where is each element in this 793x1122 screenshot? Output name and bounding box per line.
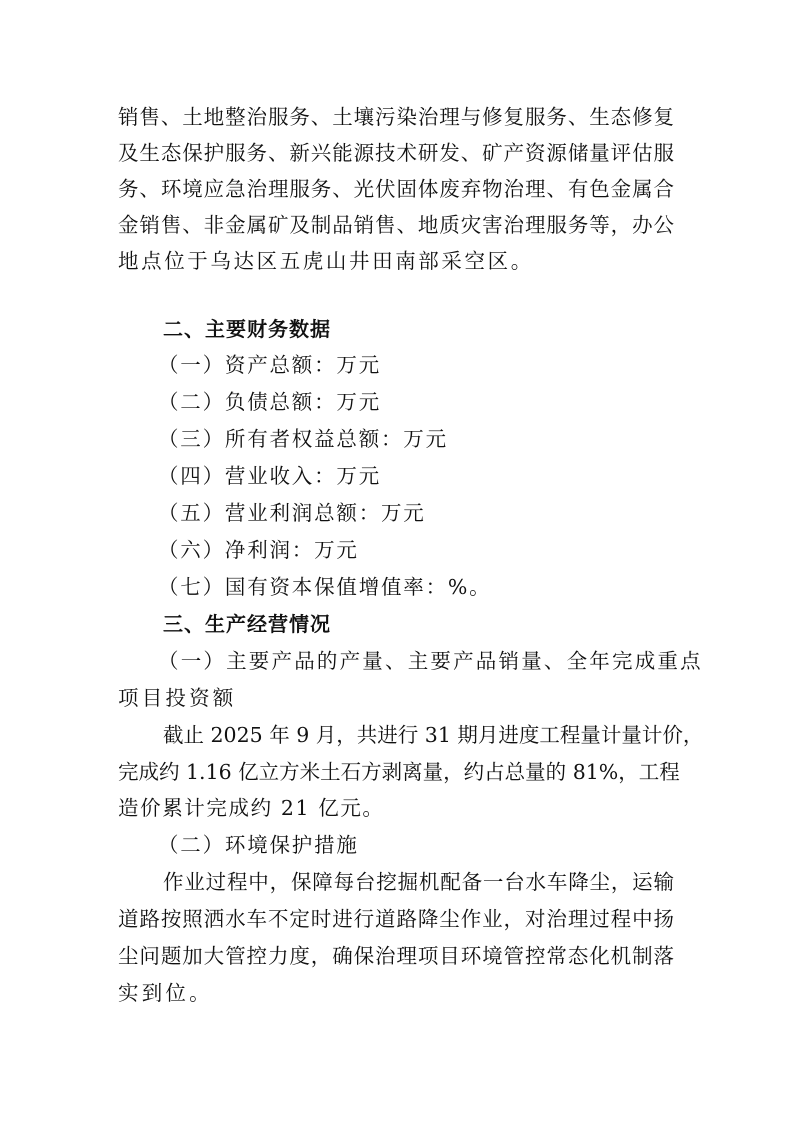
body-text-line: 完成约 1.16 亿立方米土石方剥离量，约占总量的 81%，工程	[118, 754, 674, 790]
financial-item: （一）资产总额：万元	[158, 347, 714, 383]
body-text-line: 尘问题加大管控力度，确保治理项目环境管控常态化机制落	[118, 938, 674, 974]
body-text-line: 作业过程中，保障每台挖掘机配备一台水车降尘，运输	[163, 864, 674, 900]
subsection-heading: 项目投资额	[118, 680, 674, 716]
body-text-line: 截止 2025 年 9 月，共进行 31 期月进度工程量计量计价，	[163, 717, 674, 753]
subsection-heading: （二）环境保护措施	[158, 827, 714, 863]
document-page: 销售、土地整治服务、土壤污染治理与修复服务、生态修复 及生态保护服务、新兴能源技…	[0, 0, 793, 1122]
body-text-line: 道路按照洒水车不定时进行道路降尘作业，对治理过程中扬	[118, 901, 674, 937]
body-text-line: 金销售、非金属矿及制品销售、地质灾害治理服务等，办公	[118, 207, 674, 243]
financial-item: （五）营业利润总额：万元	[158, 495, 714, 531]
body-text-line: 务、环境应急治理服务、光伏固体废弃物治理、有色金属合	[118, 171, 674, 207]
body-text-line: 地点位于乌达区五虎山井田南部采空区。	[118, 243, 674, 279]
financial-item: （三）所有者权益总额：万元	[158, 421, 714, 457]
section-heading: 二、主要财务数据	[163, 311, 719, 347]
body-text-line: 实到位。	[118, 975, 674, 1011]
body-text-line: 及生态保护服务、新兴能源技术研发、矿产资源储量评估服	[118, 135, 674, 171]
body-text-line: 造价累计完成约 21 亿元。	[118, 790, 674, 826]
body-text-line: 销售、土地整治服务、土壤污染治理与修复服务、生态修复	[118, 99, 674, 135]
financial-item: （二）负债总额：万元	[158, 384, 714, 420]
financial-item: （六）净利润：万元	[158, 532, 714, 568]
financial-item: （四）营业收入：万元	[158, 458, 714, 494]
subsection-heading: （一）主要产品的产量、主要产品销量、全年完成重点	[158, 643, 674, 679]
section-heading: 三、生产经营情况	[163, 606, 719, 642]
financial-item: （七）国有资本保值增值率：%。	[158, 569, 714, 605]
